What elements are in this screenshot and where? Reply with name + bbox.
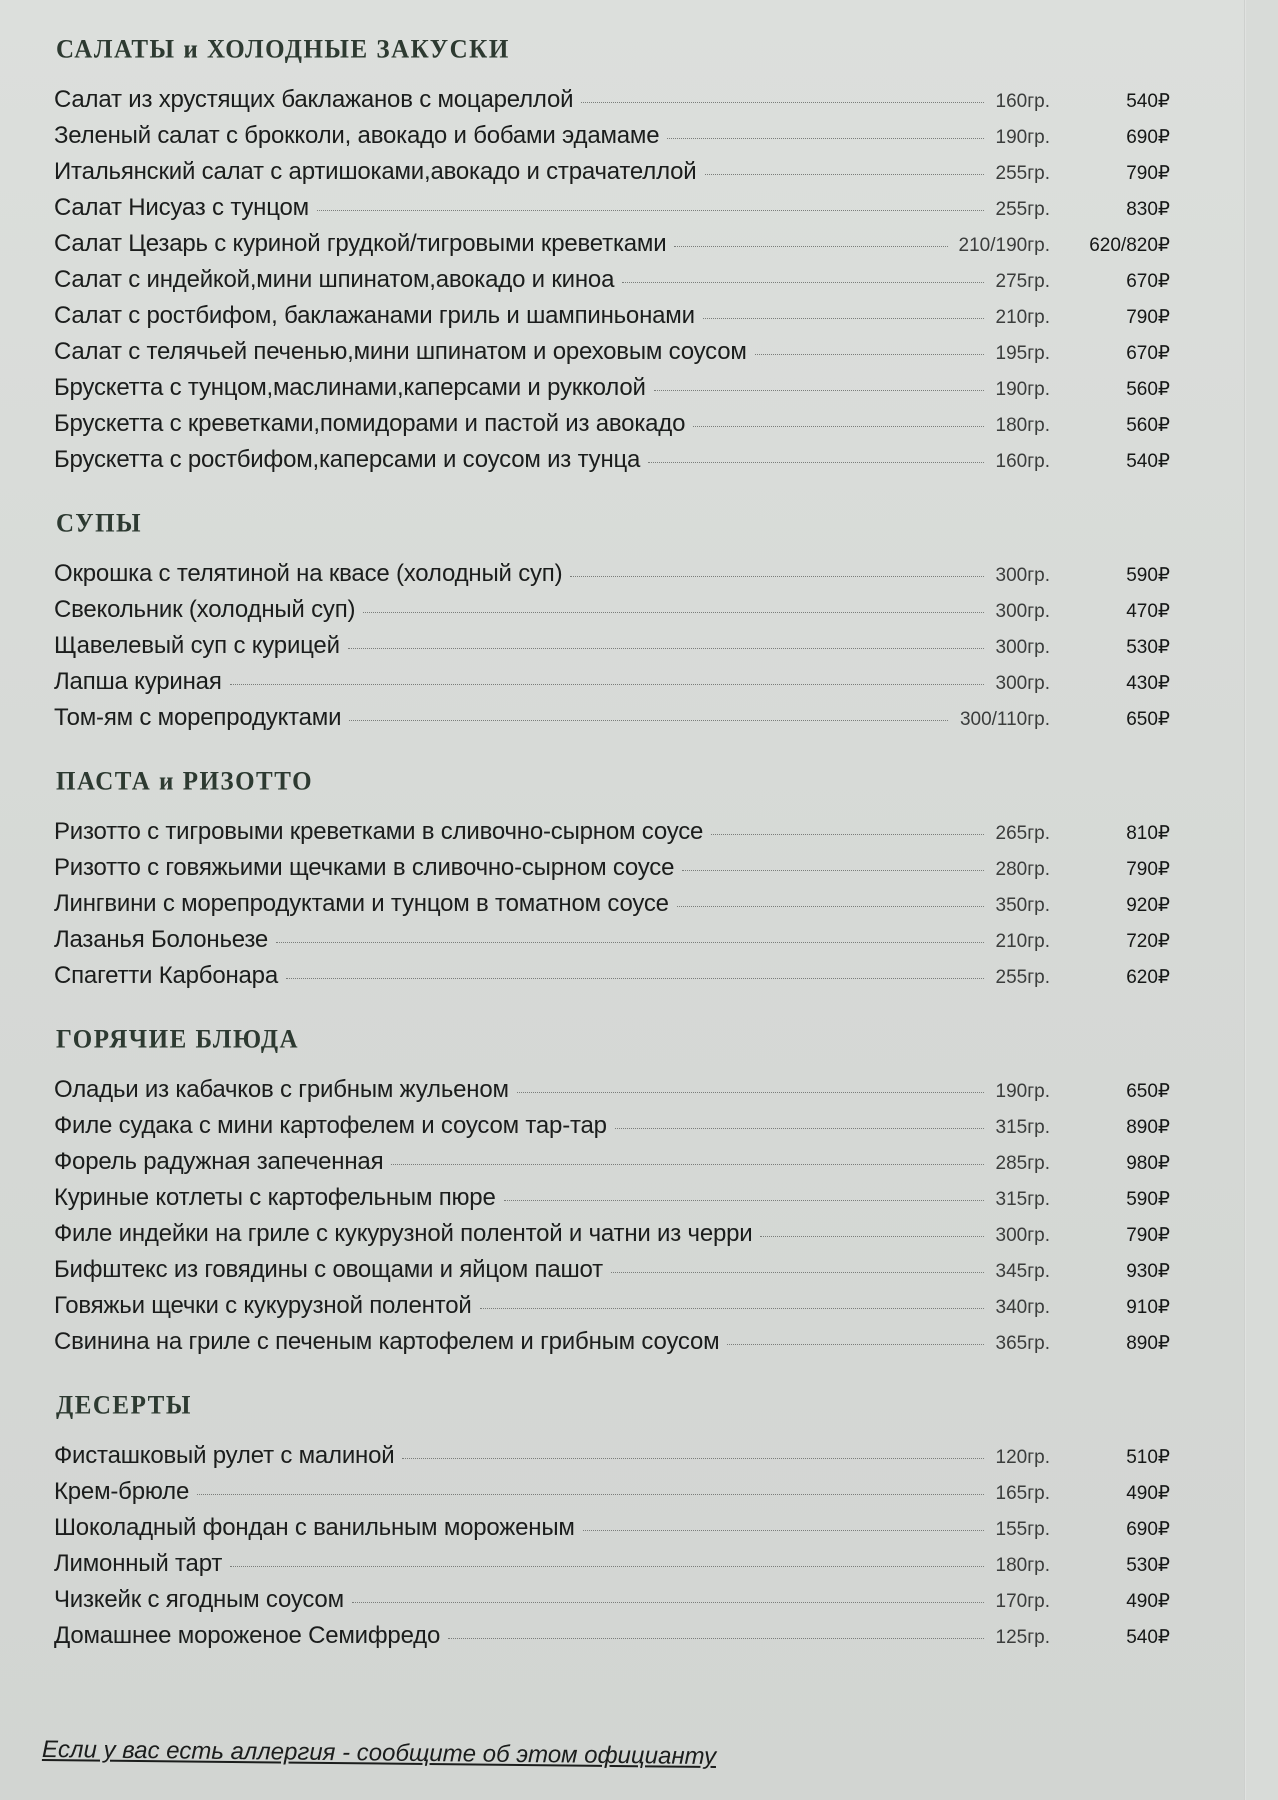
- item-name: Салат Цезарь с куриной грудкой/тигровыми…: [44, 230, 666, 258]
- menu-item: Лимонный тарт180гр.530₽: [44, 1550, 1174, 1586]
- item-price: 490₽: [1050, 1590, 1174, 1613]
- menu-item: Чизкейк с ягодным соусом170гр.490₽: [44, 1586, 1174, 1622]
- menu-item: Ризотто с тигровыми креветками в сливочн…: [44, 818, 1174, 854]
- dot-leader: [682, 870, 984, 871]
- item-weight: 315гр.: [988, 1117, 1050, 1139]
- section-title: ПАСТА и РИЗОТТО: [56, 767, 1174, 796]
- menu-page: САЛАТЫ и ХОЛОДНЫЕ ЗАКУСКИСалат из хрустя…: [44, 36, 1174, 1686]
- item-price: 930₽: [1050, 1260, 1174, 1283]
- menu-item: Салат Цезарь с куриной грудкой/тигровыми…: [44, 230, 1174, 266]
- dot-leader: [583, 1530, 984, 1531]
- item-price: 590₽: [1050, 564, 1174, 587]
- dot-leader: [711, 834, 984, 835]
- section-hot-dishes: ГОРЯЧИЕ БЛЮДАОладьи из кабачков с грибны…: [44, 1026, 1174, 1364]
- item-weight: 265гр.: [988, 823, 1050, 845]
- item-name: Салат Нисуаз с тунцом: [44, 194, 309, 222]
- item-price: 720₽: [1050, 930, 1174, 953]
- item-weight: 160гр.: [988, 451, 1050, 473]
- menu-item: Говяжьи щечки с кукурузной полентой340гр…: [44, 1292, 1174, 1328]
- menu-item: Салат с телячьей печенью,мини шпинатом и…: [44, 338, 1174, 374]
- item-name: Чизкейк с ягодным соусом: [44, 1586, 344, 1614]
- item-name: Салат с телячьей печенью,мини шпинатом и…: [44, 338, 747, 366]
- dot-leader: [674, 246, 948, 247]
- menu-item: Лазанья Болоньезе210гр.720₽: [44, 926, 1174, 962]
- item-name: Зеленый салат с брокколи, авокадо и боба…: [44, 122, 659, 150]
- section-pasta-risotto: ПАСТА и РИЗОТТОРизотто с тигровыми креве…: [44, 768, 1174, 998]
- item-name: Крем-брюле: [44, 1478, 189, 1506]
- item-price: 670₽: [1050, 342, 1174, 365]
- item-price: 920₽: [1050, 894, 1174, 917]
- section-soups: СУПЫОкрошка с телятиной на квасе (холодн…: [44, 510, 1174, 740]
- item-name: Салат с ростбифом, баклажанами гриль и ш…: [44, 302, 695, 330]
- item-price: 620/820₽: [1050, 234, 1174, 257]
- dot-leader: [703, 318, 984, 319]
- item-weight: 165гр.: [988, 1483, 1050, 1505]
- item-price: 810₽: [1050, 822, 1174, 845]
- item-name: Фисташковый рулет с малиной: [44, 1442, 394, 1470]
- section-desserts: ДЕСЕРТЫФисташковый рулет с малиной120гр.…: [44, 1392, 1174, 1658]
- dot-leader: [348, 648, 984, 649]
- item-name: Ризотто с говяжьими щечками в сливочно-с…: [44, 854, 674, 882]
- item-price: 690₽: [1050, 1518, 1174, 1541]
- dot-leader: [480, 1308, 984, 1309]
- item-price: 510₽: [1050, 1446, 1174, 1469]
- item-weight: 300гр.: [988, 673, 1050, 695]
- item-weight: 160гр.: [988, 91, 1050, 113]
- dot-leader: [693, 426, 984, 427]
- item-name: Шоколадный фондан с ванильным мороженым: [44, 1514, 575, 1542]
- dot-leader: [363, 612, 984, 613]
- dot-leader: [705, 174, 984, 175]
- item-name: Лапша куриная: [44, 668, 222, 696]
- item-price: 890₽: [1050, 1116, 1174, 1139]
- dot-leader: [622, 282, 984, 283]
- item-name: Свекольник (холодный суп): [44, 596, 355, 624]
- menu-item: Оладьи из кабачков с грибным жульеном190…: [44, 1076, 1174, 1112]
- item-price: 690₽: [1050, 126, 1174, 149]
- menu-item: Щавелевый суп с курицей300гр.530₽: [44, 632, 1174, 668]
- menu-item: Форель радужная запеченная285гр.980₽: [44, 1148, 1174, 1184]
- dot-leader: [504, 1200, 984, 1201]
- item-price: 490₽: [1050, 1482, 1174, 1505]
- item-price: 560₽: [1050, 414, 1174, 437]
- item-name: Салат из хрустящих баклажанов с моцарелл…: [44, 86, 573, 114]
- item-price: 540₽: [1050, 90, 1174, 113]
- item-name: Бифштекс из говядины с овощами и яйцом п…: [44, 1256, 603, 1284]
- item-weight: 190гр.: [988, 127, 1050, 149]
- menu-item: Брускетта с креветками,помидорами и паст…: [44, 410, 1174, 446]
- item-name: Салат с индейкой,мини шпинатом,авокадо и…: [44, 266, 614, 294]
- item-name: Том-ям с морепродуктами: [44, 704, 341, 732]
- item-weight: 255гр.: [988, 163, 1050, 185]
- dot-leader: [570, 576, 984, 577]
- item-name: Спагетти Карбонара: [44, 962, 278, 990]
- item-weight: 255гр.: [988, 967, 1050, 989]
- item-weight: 155гр.: [988, 1519, 1050, 1541]
- item-weight: 125гр.: [988, 1627, 1050, 1649]
- item-weight: 365гр.: [988, 1333, 1050, 1355]
- item-weight: 345гр.: [988, 1261, 1050, 1283]
- item-price: 890₽: [1050, 1332, 1174, 1355]
- item-weight: 300гр.: [988, 601, 1050, 623]
- item-weight: 300гр.: [988, 1225, 1050, 1247]
- item-name: Говяжьи щечки с кукурузной полентой: [44, 1292, 472, 1320]
- item-price: 650₽: [1050, 708, 1174, 731]
- item-name: Филе индейки на гриле с кукурузной полен…: [44, 1220, 752, 1248]
- item-name: Брускетта с креветками,помидорами и паст…: [44, 410, 685, 438]
- item-name: Свинина на гриле с печеным картофелем и …: [44, 1328, 719, 1356]
- dot-leader: [402, 1458, 984, 1459]
- item-weight: 190гр.: [988, 379, 1050, 401]
- item-name: Форель радужная запеченная: [44, 1148, 383, 1176]
- item-weight: 180гр.: [988, 1555, 1050, 1577]
- dot-leader: [755, 354, 984, 355]
- menu-item: Крем-брюле165гр.490₽: [44, 1478, 1174, 1514]
- allergy-note: Если у вас есть аллергия - сообщите об э…: [42, 1736, 716, 1771]
- section-title: ДЕСЕРТЫ: [56, 1391, 1174, 1420]
- dot-leader: [391, 1164, 984, 1165]
- dot-leader: [349, 720, 948, 721]
- dot-leader: [317, 210, 984, 211]
- item-name: Брускетта с ростбифом,каперсами и соусом…: [44, 446, 640, 474]
- dot-leader: [286, 978, 984, 979]
- item-price: 620₽: [1050, 966, 1174, 989]
- item-price: 560₽: [1050, 378, 1174, 401]
- dot-leader: [581, 102, 984, 103]
- item-price: 430₽: [1050, 672, 1174, 695]
- dot-leader: [197, 1494, 984, 1495]
- item-weight: 210гр.: [988, 931, 1050, 953]
- item-price: 540₽: [1050, 1626, 1174, 1649]
- menu-item: Салат из хрустящих баклажанов с моцарелл…: [44, 86, 1174, 122]
- dot-leader: [230, 684, 984, 685]
- item-weight: 195гр.: [988, 343, 1050, 365]
- item-name: Лингвини с морепродуктами и тунцом в том…: [44, 890, 669, 918]
- menu-item: Шоколадный фондан с ванильным мороженым1…: [44, 1514, 1174, 1550]
- item-weight: 315гр.: [988, 1189, 1050, 1211]
- item-weight: 300гр.: [988, 565, 1050, 587]
- dot-leader: [654, 390, 984, 391]
- item-price: 980₽: [1050, 1152, 1174, 1175]
- menu-item: Салат с ростбифом, баклажанами гриль и ш…: [44, 302, 1174, 338]
- menu-item: Филе индейки на гриле с кукурузной полен…: [44, 1220, 1174, 1256]
- item-price: 470₽: [1050, 600, 1174, 623]
- dot-leader: [517, 1092, 984, 1093]
- menu-item: Лапша куриная300гр.430₽: [44, 668, 1174, 704]
- menu-item: Свекольник (холодный суп)300гр.470₽: [44, 596, 1174, 632]
- item-name: Щавелевый суп с курицей: [44, 632, 340, 660]
- item-weight: 300/110гр.: [952, 709, 1050, 731]
- item-price: 670₽: [1050, 270, 1174, 293]
- item-price: 530₽: [1050, 636, 1174, 659]
- menu-item: Брускетта с тунцом,маслинами,каперсами и…: [44, 374, 1174, 410]
- item-price: 790₽: [1050, 858, 1174, 881]
- menu-item: Том-ям с морепродуктами300/110гр.650₽: [44, 704, 1174, 740]
- item-weight: 275гр.: [988, 271, 1050, 293]
- item-price: 540₽: [1050, 450, 1174, 473]
- item-name: Лазанья Болоньезе: [44, 926, 268, 954]
- menu-item: Фисташковый рулет с малиной120гр.510₽: [44, 1442, 1174, 1478]
- item-name: Оладьи из кабачков с грибным жульеном: [44, 1076, 509, 1104]
- item-weight: 180гр.: [988, 415, 1050, 437]
- menu-item: Свинина на гриле с печеным картофелем и …: [44, 1328, 1174, 1364]
- item-weight: 280гр.: [988, 859, 1050, 881]
- item-price: 790₽: [1050, 162, 1174, 185]
- dot-leader: [352, 1602, 984, 1603]
- dot-leader: [448, 1638, 984, 1639]
- item-weight: 340гр.: [988, 1297, 1050, 1319]
- item-price: 650₽: [1050, 1080, 1174, 1103]
- menu-item: Салат Нисуаз с тунцом255гр.830₽: [44, 194, 1174, 230]
- item-weight: 210гр.: [988, 307, 1050, 329]
- menu-item: Брускетта с ростбифом,каперсами и соусом…: [44, 446, 1174, 482]
- item-weight: 285гр.: [988, 1153, 1050, 1175]
- menu-item: Зеленый салат с брокколи, авокадо и боба…: [44, 122, 1174, 158]
- section-title: ГОРЯЧИЕ БЛЮДА: [56, 1025, 1174, 1054]
- dot-leader: [611, 1272, 984, 1273]
- dot-leader: [760, 1236, 984, 1237]
- menu-item: Бифштекс из говядины с овощами и яйцом п…: [44, 1256, 1174, 1292]
- item-price: 910₽: [1050, 1296, 1174, 1319]
- section-title: САЛАТЫ и ХОЛОДНЫЕ ЗАКУСКИ: [56, 35, 1174, 64]
- menu-item: Итальянский салат с артишоками,авокадо и…: [44, 158, 1174, 194]
- dot-leader: [667, 138, 984, 139]
- menu-item: Салат с индейкой,мини шпинатом,авокадо и…: [44, 266, 1174, 302]
- item-weight: 210/190гр.: [952, 235, 1050, 257]
- item-price: 790₽: [1050, 306, 1174, 329]
- menu-item: Домашнее мороженое Семифредо125гр.540₽: [44, 1622, 1174, 1658]
- menu-item: Лингвини с морепродуктами и тунцом в том…: [44, 890, 1174, 926]
- menu-item: Спагетти Карбонара255гр.620₽: [44, 962, 1174, 998]
- item-name: Домашнее мороженое Семифредо: [44, 1622, 440, 1650]
- dot-leader: [648, 462, 984, 463]
- dot-leader: [677, 906, 984, 907]
- item-weight: 120гр.: [988, 1447, 1050, 1469]
- item-price: 590₽: [1050, 1188, 1174, 1211]
- dot-leader: [276, 942, 984, 943]
- item-name: Ризотто с тигровыми креветками в сливочн…: [44, 818, 703, 846]
- menu-item: Ризотто с говяжьими щечками в сливочно-с…: [44, 854, 1174, 890]
- section-salads-cold-starters: САЛАТЫ и ХОЛОДНЫЕ ЗАКУСКИСалат из хрустя…: [44, 36, 1174, 482]
- section-title: СУПЫ: [56, 509, 1174, 538]
- dot-leader: [727, 1344, 984, 1345]
- item-weight: 350гр.: [988, 895, 1050, 917]
- item-name: Итальянский салат с артишоками,авокадо и…: [44, 158, 697, 186]
- item-weight: 255гр.: [988, 199, 1050, 221]
- item-name: Брускетта с тунцом,маслинами,каперсами и…: [44, 374, 646, 402]
- menu-item: Филе судака с мини картофелем и соусом т…: [44, 1112, 1174, 1148]
- next-page-edge: [1247, 0, 1278, 1800]
- item-weight: 170гр.: [988, 1591, 1050, 1613]
- item-price: 830₽: [1050, 198, 1174, 221]
- dot-leader: [230, 1566, 984, 1567]
- item-name: Куриные котлеты с картофельным пюре: [44, 1184, 496, 1212]
- item-name: Окрошка с телятиной на квасе (холодный с…: [44, 560, 562, 588]
- menu-item: Окрошка с телятиной на квасе (холодный с…: [44, 560, 1174, 596]
- item-weight: 190гр.: [988, 1081, 1050, 1103]
- dot-leader: [615, 1128, 984, 1129]
- item-price: 790₽: [1050, 1224, 1174, 1247]
- item-price: 530₽: [1050, 1554, 1174, 1577]
- item-weight: 300гр.: [988, 637, 1050, 659]
- item-name: Лимонный тарт: [44, 1550, 222, 1578]
- menu-item: Куриные котлеты с картофельным пюре315гр…: [44, 1184, 1174, 1220]
- item-name: Филе судака с мини картофелем и соусом т…: [44, 1112, 607, 1140]
